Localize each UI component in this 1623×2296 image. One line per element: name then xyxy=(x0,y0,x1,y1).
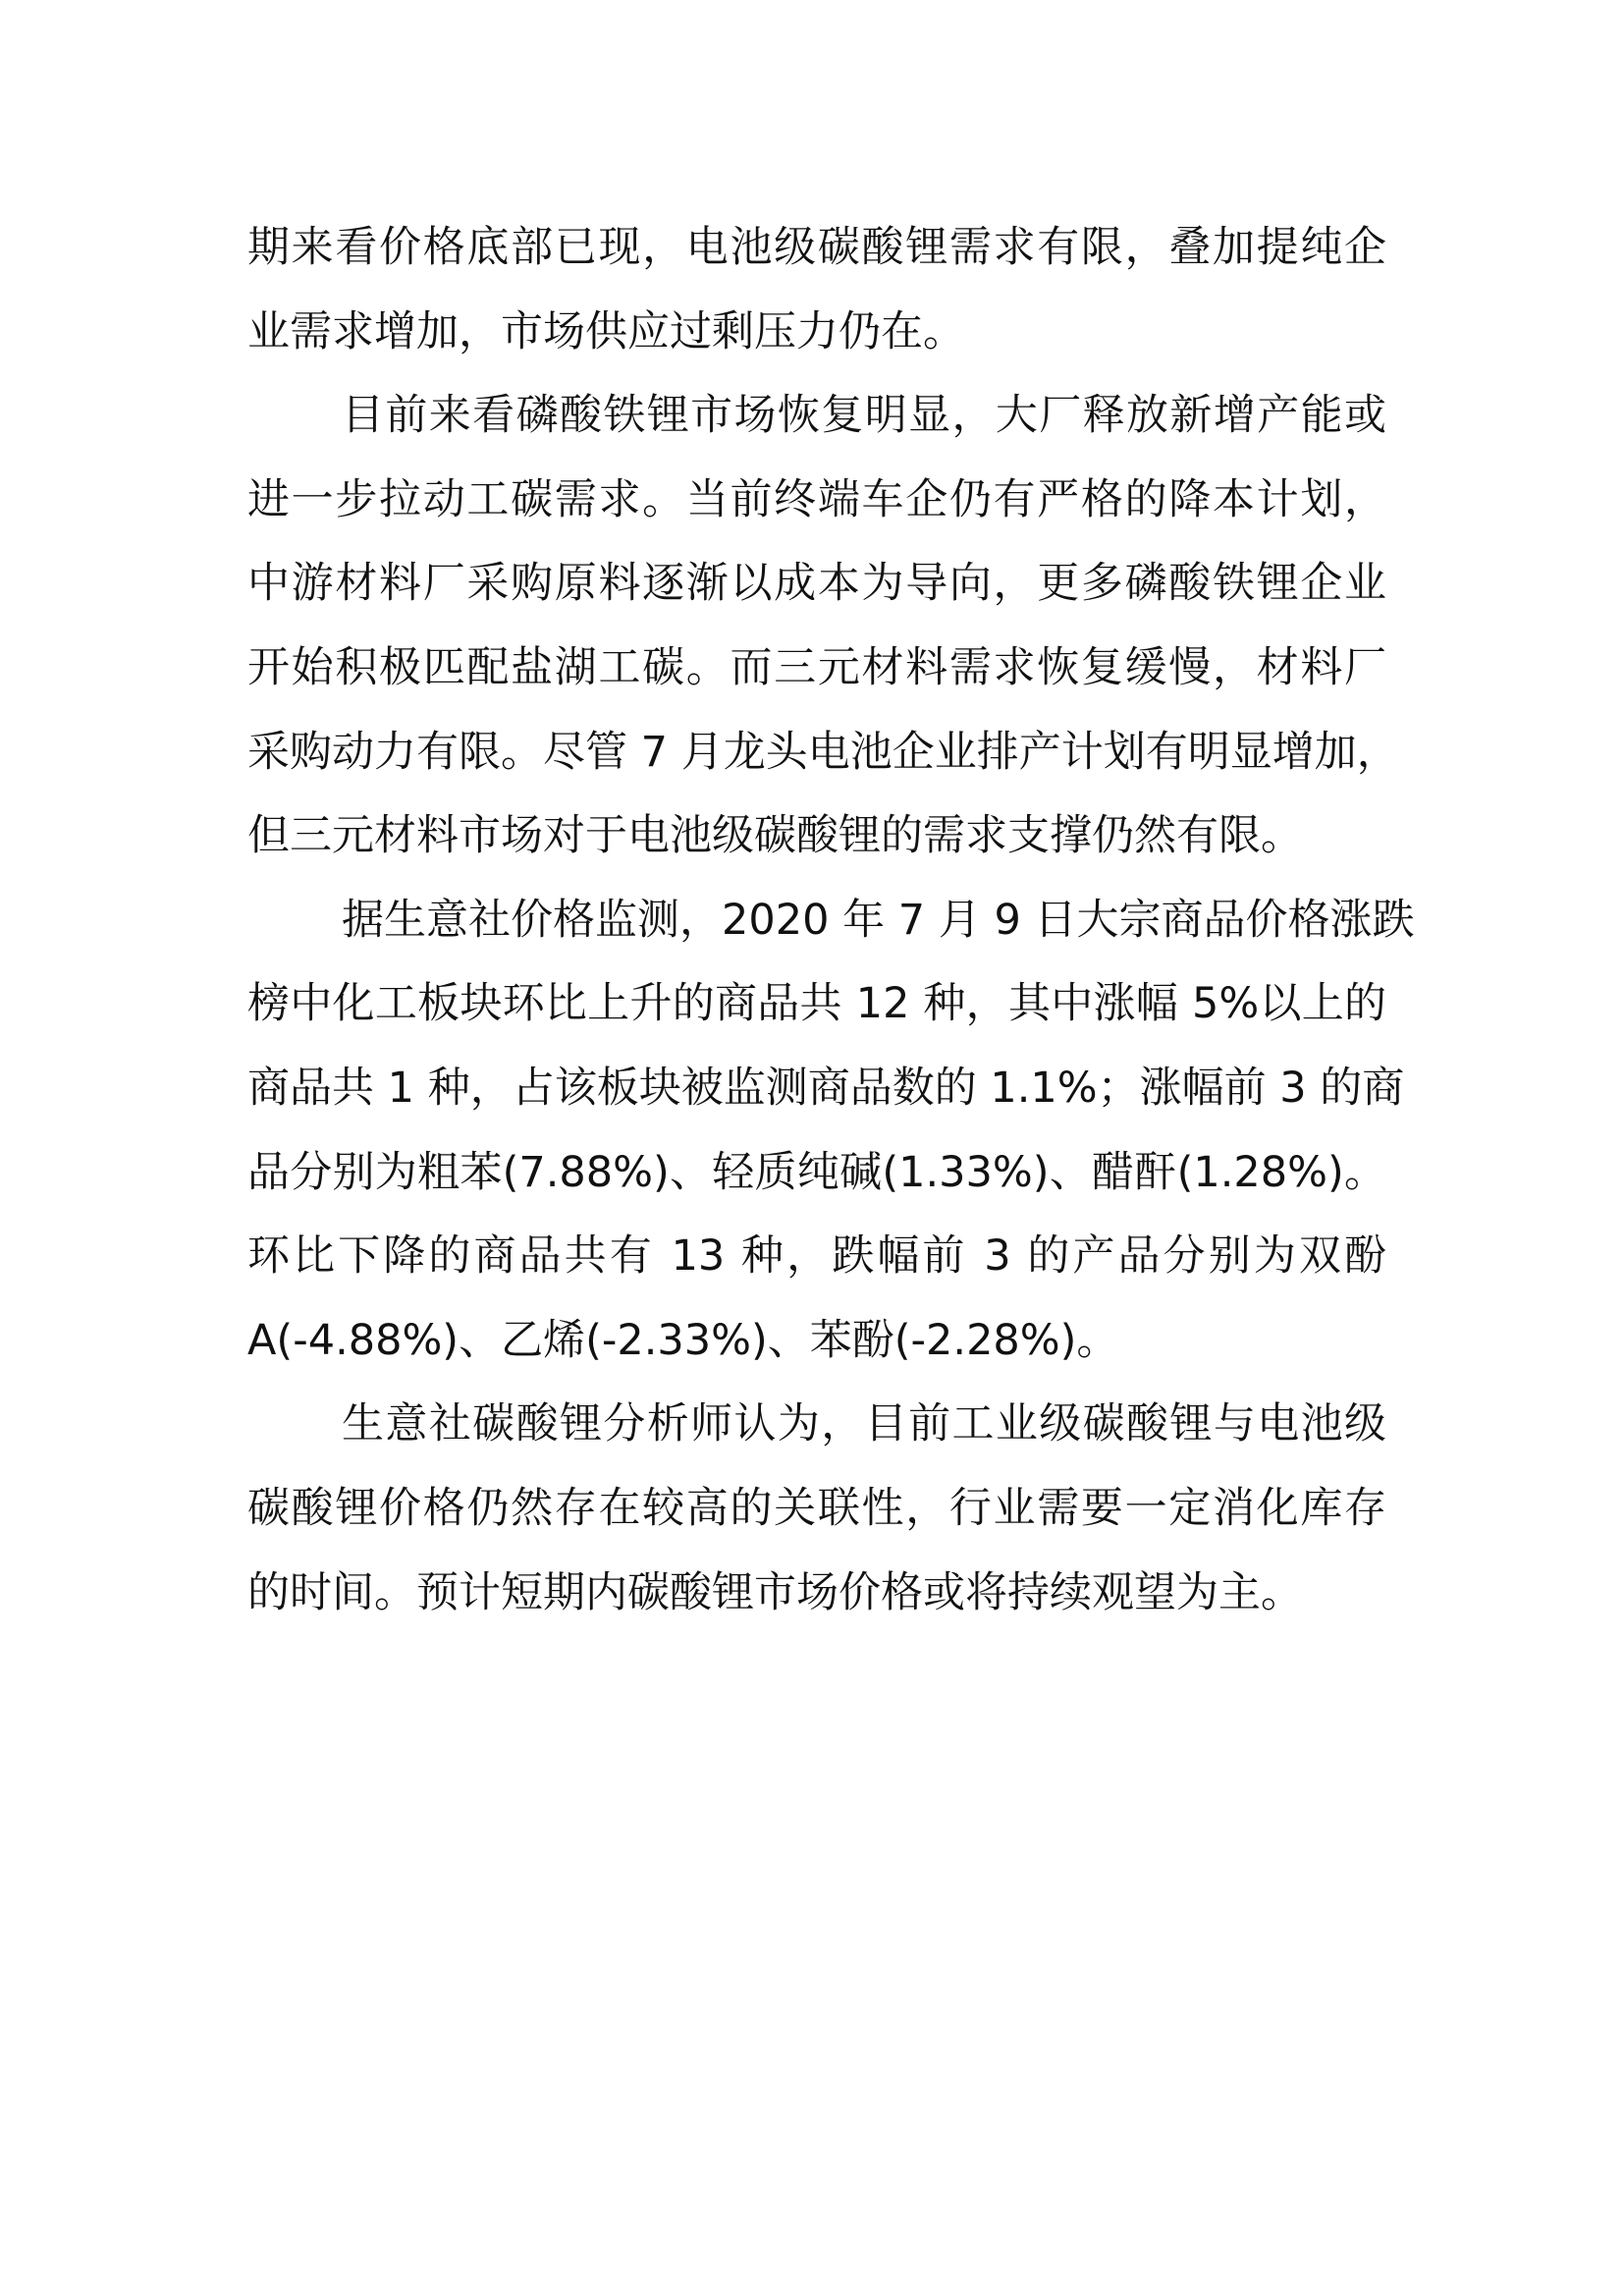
text-line: 环比下降的商品共有 13 种，跌幅前 3 的产品分别为双酚 xyxy=(247,1227,1386,1311)
text-line: 中游材料厂采购原料逐渐以成本为导向，更多磷酸铁锂企业 xyxy=(247,554,1386,638)
text-line: 但三元材料市场对于电池级碳酸锂的需求支撑仍然有限。 xyxy=(247,806,1386,891)
text-line: A(-4.88%)、乙烯(-2.33%)、苯酚(-2.28%)。 xyxy=(247,1311,1386,1395)
text-line: 开始积极匹配盐湖工碳。而三元材料需求恢复缓慢，材料厂 xyxy=(247,638,1386,723)
text-line: 品分别为粗苯(7.88%)、轻质纯碱(1.33%)、醋酐(1.28%)。 xyxy=(247,1143,1386,1228)
text-line: 采购动力有限。尽管 7 月龙头电池企业排产计划有明显增加， xyxy=(247,723,1386,807)
paragraph-3: 据生意社价格监测，2020 年 7 月 9 日大宗商品价格涨跌 榜中化工板块环比… xyxy=(247,891,1386,1395)
text-line: 业需求增加，市场供应过剩压力仍在。 xyxy=(247,302,1386,387)
text-line: 目前来看磷酸铁锂市场恢复明显，大厂释放新增产能或 xyxy=(247,386,1386,470)
text-line: 生意社碳酸锂分析师认为，目前工业级碳酸锂与电池级 xyxy=(247,1394,1386,1479)
text-line: 进一步拉动工碳需求。当前终端车企仍有严格的降本计划， xyxy=(247,470,1386,555)
text-line: 碳酸锂价格仍然存在较高的关联性，行业需要一定消化库存 xyxy=(247,1479,1386,1563)
text-line: 期来看价格底部已现，电池级碳酸锂需求有限，叠加提纯企 xyxy=(247,218,1386,302)
document-page: 期来看价格底部已现，电池级碳酸锂需求有限，叠加提纯企 业需求增加，市场供应过剩压… xyxy=(0,0,1623,2296)
paragraph-4: 生意社碳酸锂分析师认为，目前工业级碳酸锂与电池级 碳酸锂价格仍然存在较高的关联性… xyxy=(247,1394,1386,1647)
document-body: 期来看价格底部已现，电池级碳酸锂需求有限，叠加提纯企 业需求增加，市场供应过剩压… xyxy=(247,218,1386,1647)
text-line: 的时间。预计短期内碳酸锂市场价格或将持续观望为主。 xyxy=(247,1563,1386,1648)
paragraph-2: 目前来看磷酸铁锂市场恢复明显，大厂释放新增产能或 进一步拉动工碳需求。当前终端车… xyxy=(247,386,1386,891)
text-line: 榜中化工板块环比上升的商品共 12 种，其中涨幅 5%以上的 xyxy=(247,974,1386,1059)
text-line: 据生意社价格监测，2020 年 7 月 9 日大宗商品价格涨跌 xyxy=(247,891,1386,975)
text-line: 商品共 1 种，占该板块被监测商品数的 1.1%；涨幅前 3 的商 xyxy=(247,1059,1386,1143)
paragraph-1: 期来看价格底部已现，电池级碳酸锂需求有限，叠加提纯企 业需求增加，市场供应过剩压… xyxy=(247,218,1386,386)
